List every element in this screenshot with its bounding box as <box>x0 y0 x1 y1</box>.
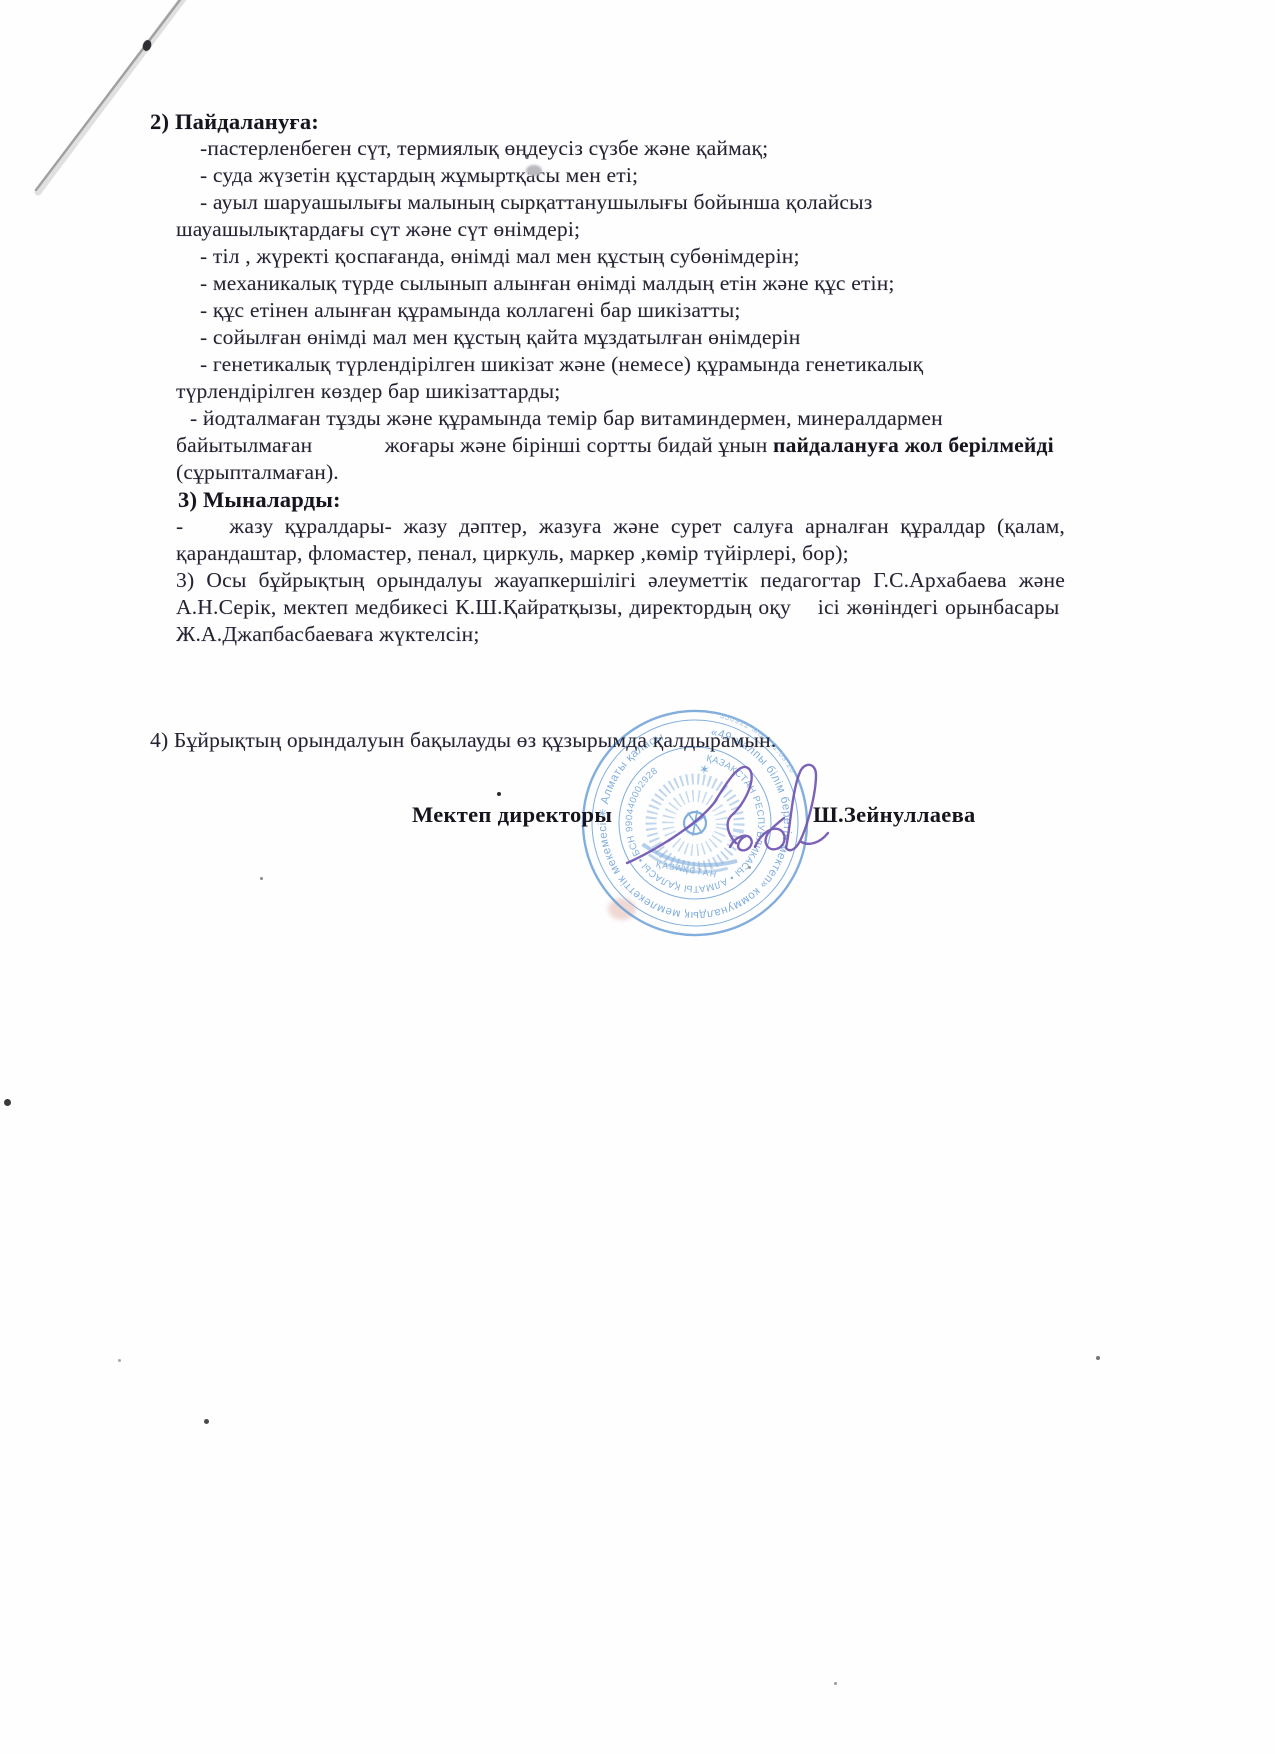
list-item: - механикалық түрде сылынып алынған өнім… <box>176 270 1065 297</box>
salt-item-tail-text: (сұрыпталмаған). <box>176 460 339 484</box>
scanned-document-page: 2) Пайдалануға: -пастерленбеген сүт, тер… <box>0 0 1275 1754</box>
speck-artifact <box>260 877 263 880</box>
section2-heading: 2) Пайдалануға: <box>150 108 1065 135</box>
speck-artifact <box>834 1682 837 1685</box>
speck-artifact <box>204 1419 209 1424</box>
speck-artifact <box>1096 1356 1100 1360</box>
list-item: - суда жүзетін құстардың жұмыртқасы мен … <box>176 162 1065 189</box>
list-item: - құс етінен алынған құрамында коллагені… <box>176 297 1065 324</box>
list-item: - генетикалық түрлендірілген шикізат жән… <box>176 351 1065 405</box>
responsibility-paragraph: 3) Осы бұйрықтың орындалуы жауапкершіліг… <box>176 567 1065 648</box>
supplies-paragraph: - жазу құралдары- жазу дәптер, жазуға жә… <box>176 513 1065 567</box>
list-item-salt-flour: - йодталмаған тұзды және құрамында темір… <box>176 405 1065 486</box>
speck-artifact <box>4 1099 11 1106</box>
section3-heading: 3) Мыналарды: <box>178 486 1065 513</box>
gray-smudge-artifact <box>526 165 542 176</box>
speck-artifact <box>497 792 501 796</box>
director-signature <box>600 735 840 885</box>
director-role-label: Мектеп директоры <box>412 802 612 828</box>
corner-crease-line <box>10 0 220 207</box>
salt-item-bold-text: пайдалануға жол берілмейді <box>773 433 1054 457</box>
list-item: -пастерленбеген сүт, термиялық өңдеусіз … <box>176 135 1065 162</box>
list-item: - ауыл шаруашылығы малының сырқаттанушыл… <box>176 189 1065 243</box>
list-item: - тіл , жүректі қоспағанда, өнімді мал м… <box>176 243 1065 270</box>
list-item: - сойылған өнімді мал мен құстың қайта м… <box>176 324 1065 351</box>
document-body: 2) Пайдалануға: -пастерленбеген сүт, тер… <box>150 108 1065 648</box>
speck-artifact <box>118 1359 121 1362</box>
